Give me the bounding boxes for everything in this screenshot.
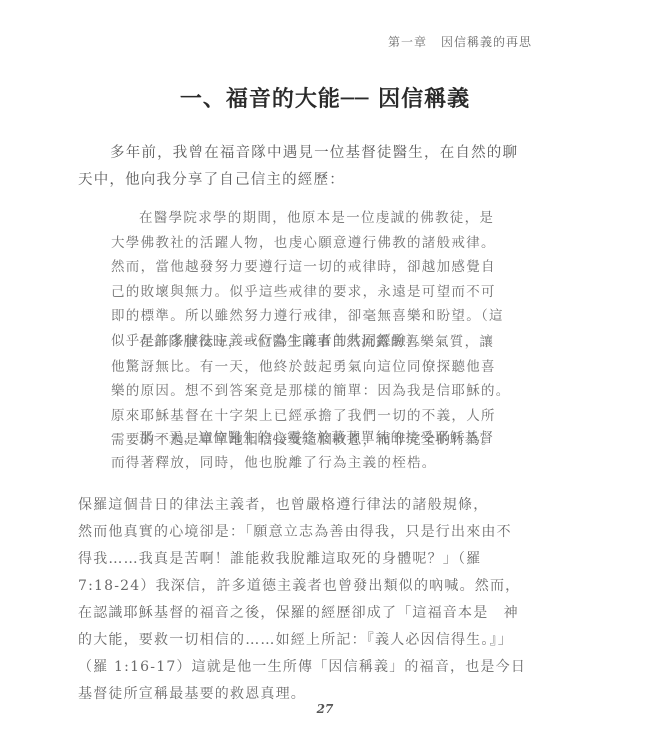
text-line-content: 多年前，我曾在福音隊中遇見一位基督徒醫生，在自然的聊 (110, 145, 518, 161)
text-line: 即的標準。所以雖然努力遵行戒律，卻毫無喜樂和盼望。（這 (111, 304, 541, 329)
chapter-title: 因信稱義的再思 (441, 35, 532, 49)
text-line: 他驚訝無比。有一天，他終於鼓起勇氣向這位同僚探聽他喜 (111, 355, 541, 380)
running-header: 第一章因信稱義的再思 (388, 33, 532, 50)
chapter-label: 第一章 (388, 35, 427, 49)
text-line: （羅 1:16-17）這就是他一生所傳「因信稱義」的福音，也是今日 (78, 654, 584, 681)
text-line-content: 在部隊服役時，一位醫生同事自然流露的喜樂氣質，讓 (139, 334, 494, 350)
text-line: 原來耶穌基督在十字架上已經承擔了我們一切的不義，人所 (111, 404, 541, 429)
text-line: 樂的原因。想不到答案竟是那樣的簡單：因為我是信耶穌的。 (111, 379, 541, 404)
text-line: 天中，他向我分享了自己信主的經歷： (78, 167, 584, 194)
text-line: 己的敗壞與無力。似乎這些戒律的要求，永遠是可望而不可 (111, 280, 541, 305)
text-line: 在認識耶穌基督的福音之後，保羅的經歷卻成了「這福音本是 神 (78, 600, 584, 627)
text-line: 在部隊服役時，一位醫生同事自然流露的喜樂氣質，讓 (111, 330, 541, 355)
text-line-content: 那一天，這位醫生的心靈終於藉著單純的接受耶穌基督 (139, 430, 494, 446)
text-line: 然而，當他越發努力要遵行這一切的戒律時，卻越加感覺自 (111, 255, 541, 280)
quote-paragraph-3: 那一天，這位醫生的心靈終於藉著單純的接受耶穌基督 而得著釋放，同時，他也脫離了行… (111, 426, 541, 475)
text-line: 保羅這個昔日的律法主義者，也曾嚴格遵行律法的諸般規條， (78, 492, 584, 519)
text-line: 那一天，這位醫生的心靈終於藉著單純的接受耶穌基督 (111, 426, 541, 451)
text-line: 大學佛教社的活躍人物，也虔心願意遵行佛教的諸般戒律。 (111, 231, 541, 256)
text-line-content: 保羅這個昔日的律法主義者，也曾嚴格遵行律法的諸般規條， (78, 497, 488, 513)
text-line: 得我……我真是苦啊！誰能救我脫離這取死的身體呢？」（羅 (78, 546, 584, 573)
text-line: 的大能，要救一切相信的……如經上所記：『義人必因信得生。』」 (78, 627, 584, 654)
page-number: 27 (0, 702, 650, 716)
text-line-content: 在醫學院求學的期間，他原本是一位虔誠的佛教徒，是 (139, 210, 494, 226)
section-title: 一、福音的大能── 因信稱義 (0, 82, 650, 113)
text-line: 多年前，我曾在福音隊中遇見一位基督徒醫生，在自然的聊 (78, 140, 584, 167)
text-line: 然而他真實的心境卻是：「願意立志為善由得我，只是行出來由不 (78, 519, 584, 546)
text-line: 在醫學院求學的期間，他原本是一位虔誠的佛教徒，是 (111, 206, 541, 231)
paul-paragraph: 保羅這個昔日的律法主義者，也曾嚴格遵行律法的諸般規條， 然而他真實的心境卻是：「… (78, 492, 584, 708)
intro-paragraph: 多年前，我曾在福音隊中遇見一位基督徒醫生，在自然的聊 天中，他向我分享了自己信主… (78, 140, 584, 194)
text-line: 7:18-24）我深信，許多道德主義者也曾發出類似的吶喊。然而， (78, 573, 584, 600)
text-line: 而得著釋放，同時，他也脫離了行為主義的桎梏。 (111, 451, 541, 476)
